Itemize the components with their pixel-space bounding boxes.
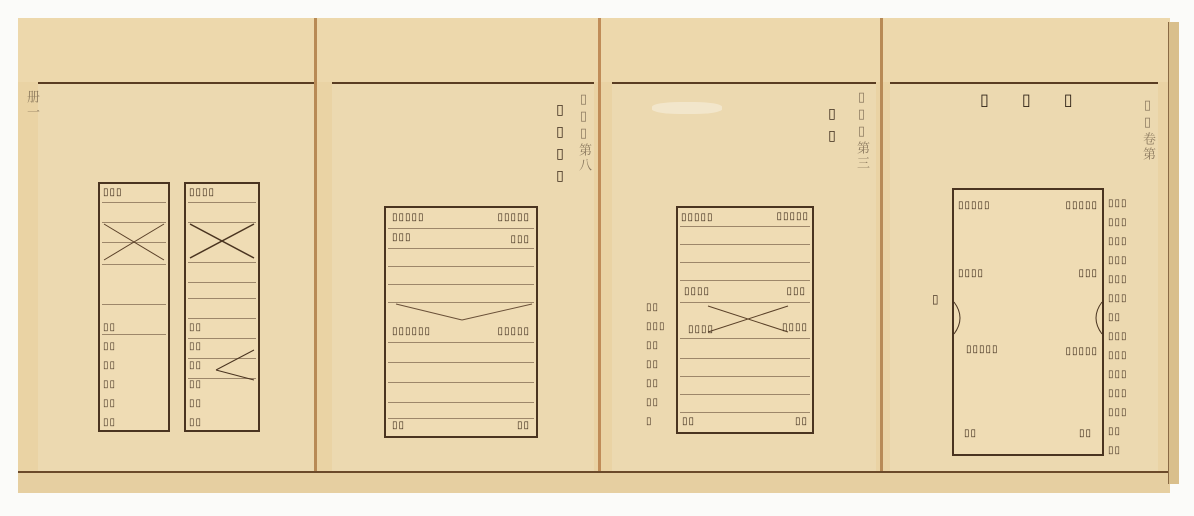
diagonal-mark-icon [386,302,536,326]
page-title: ▯ ▯ ▯ [980,90,1087,109]
fold-line [598,18,601,493]
side-column: ▯▯▯▯▯▯▯▯▯▯▯▯▯▯ [646,298,666,431]
form-table: ▯▯▯▯▯ ▯▯▯▯▯ ▯▯▯▯ ▯▯▯ ▯▯▯▯▯ ▯▯▯▯▯ ▯▯ ▯▯ [952,188,1104,456]
row-labels: ▯▯▯▯▯▯▯▯▯▯▯▯ [189,318,202,432]
edge-label: ▯▯▯第三 [852,90,871,171]
cross-mark-icon [186,222,258,262]
paper-tear [652,102,722,114]
page-top-margin [598,18,880,82]
vertical-note: ▯▯ [824,106,840,150]
cross-mark-icon [100,222,168,264]
page-top-margin [18,18,314,82]
open-book: 册一 ▯▯▯ ▯▯▯▯▯▯▯▯▯▯▯▯ ▯▯▯▯ ▯▯▯▯▯▯▯▯▯▯▯▯ [18,18,1178,493]
edge-label: ▯▯▯第八 [574,92,593,173]
book-leaf-2: ▯▯ ▯▯ ▯▯▯第八 ▯▯▯▯▯ ▯▯▯▯▯ ▯▯▯ ▯▯▯ ▯▯▯▯▯▯ ▯… [314,18,598,493]
page-1: 册一 ▯▯▯ ▯▯▯▯▯▯▯▯▯▯▯▯ ▯▯▯▯ ▯▯▯▯▯▯▯▯▯▯▯▯ [38,82,314,473]
edge-label: ▯▯卷第 [1138,98,1157,162]
form-table-left: ▯▯▯ ▯▯▯▯▯▯▯▯▯▯▯▯ [98,182,170,432]
bracket-arc-icon [952,300,968,336]
book-leaf-4: ▯ ▯ ▯ ▯▯卷第 ▯ ▯▯▯▯▯ ▯▯▯▯▯ ▯▯▯▯ ▯▯▯ ▯▯▯▯▯ … [880,18,1170,493]
right-column: ▯▯▯▯▯▯▯▯▯▯▯▯▯▯▯▯▯▯▯▯▯▯▯▯▯▯▯▯▯▯▯▯▯▯▯▯▯▯▯ [1108,194,1128,460]
page-3: ▯▯ ▯▯▯第三 ▯▯▯▯▯▯▯▯▯▯▯▯▯▯ ▯▯▯▯▯ ▯▯▯▯▯ ▯▯▯▯… [612,82,876,473]
vertical-note: ▯▯ [552,102,568,146]
edge-label: 册一 [22,90,41,120]
form-table-right: ▯▯▯▯ ▯▯▯▯▯▯▯▯▯▯▯▯ [184,182,260,432]
page-bottom-margin [880,471,1170,493]
page-top-margin [314,18,598,82]
book-leaf-1: 册一 ▯▯▯ ▯▯▯▯▯▯▯▯▯▯▯▯ ▯▯▯▯ ▯▯▯▯▯▯▯▯▯▯▯▯ [18,18,314,493]
bracket-arc-icon [1088,300,1104,336]
page-bottom-margin [598,471,880,493]
row-labels: ▯▯▯▯▯▯▯▯▯▯▯▯ [103,318,116,432]
form-table: ▯▯▯▯▯ ▯▯▯▯▯ ▯▯▯▯ ▯▯▯ ▯▯▯▯ ▯▯▯▯ ▯▯ ▯▯ [676,206,814,434]
book-leaf-3: ▯▯ ▯▯▯第三 ▯▯▯▯▯▯▯▯▯▯▯▯▯▯ ▯▯▯▯▯ ▯▯▯▯▯ ▯▯▯▯… [598,18,880,493]
page-4: ▯ ▯ ▯ ▯▯卷第 ▯ ▯▯▯▯▯ ▯▯▯▯▯ ▯▯▯▯ ▯▯▯ ▯▯▯▯▯ … [890,82,1158,473]
diagonal-mark-icon [214,348,258,382]
side-mark-left: ▯ [932,290,940,309]
form-table: ▯▯▯▯▯ ▯▯▯▯▯ ▯▯▯ ▯▯▯ ▯▯▯▯▯▯ ▯▯▯▯▯ ▯▯ ▯▯ [384,206,538,438]
vertical-note: ▯▯ [552,146,568,190]
fold-line [314,18,317,493]
fold-line [880,18,883,493]
page-bottom-margin [18,471,314,493]
page-stack-edge [1168,22,1179,484]
page-bottom-margin [314,471,598,493]
page-top-margin [880,18,1170,82]
page-2: ▯▯ ▯▯ ▯▯▯第八 ▯▯▯▯▯ ▯▯▯▯▯ ▯▯▯ ▯▯▯ ▯▯▯▯▯▯ ▯… [332,82,594,473]
